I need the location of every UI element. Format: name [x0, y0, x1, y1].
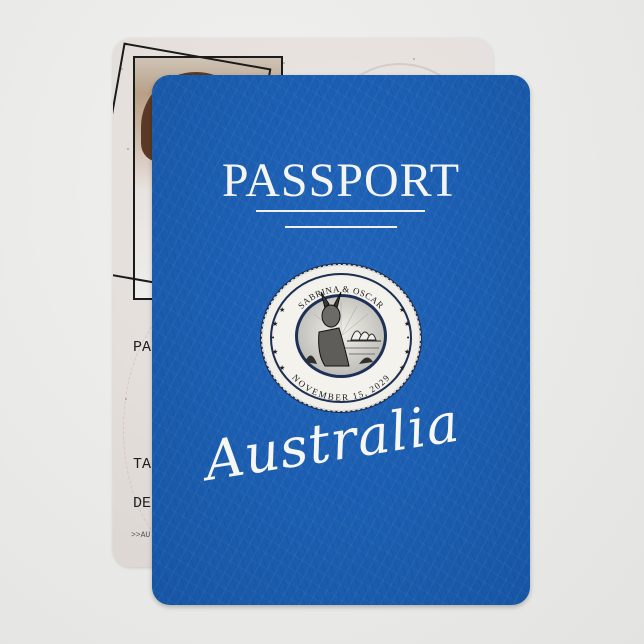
field-label-date: DE	[133, 495, 151, 512]
mrz-line: >>AU	[131, 531, 150, 540]
svg-text:★: ★	[404, 348, 410, 356]
field-label-passport: PA	[133, 339, 151, 356]
svg-text:★: ★	[272, 348, 278, 356]
svg-text:★: ★	[279, 364, 285, 372]
svg-text:★: ★	[272, 320, 278, 328]
field-label-ta: TA	[133, 456, 151, 473]
title-rule-long	[256, 210, 425, 212]
wedding-seal-emblem: ★•★ ★•★ ★★ ★★ SABRINA & OSCAR NOVEMBER 1…	[259, 262, 423, 414]
svg-text:•: •	[271, 334, 275, 342]
svg-text:★: ★	[399, 306, 405, 314]
svg-text:•: •	[406, 334, 410, 342]
svg-text:★: ★	[404, 320, 410, 328]
passport-title: PASSPORT	[152, 153, 530, 208]
svg-text:★: ★	[279, 306, 285, 314]
svg-text:★: ★	[399, 364, 405, 372]
passport-cover-card: PASSPORT ★•★ ★•★ ★★ ★★ SABRINA & OSCAR	[152, 75, 530, 605]
title-rule-short	[285, 226, 397, 228]
